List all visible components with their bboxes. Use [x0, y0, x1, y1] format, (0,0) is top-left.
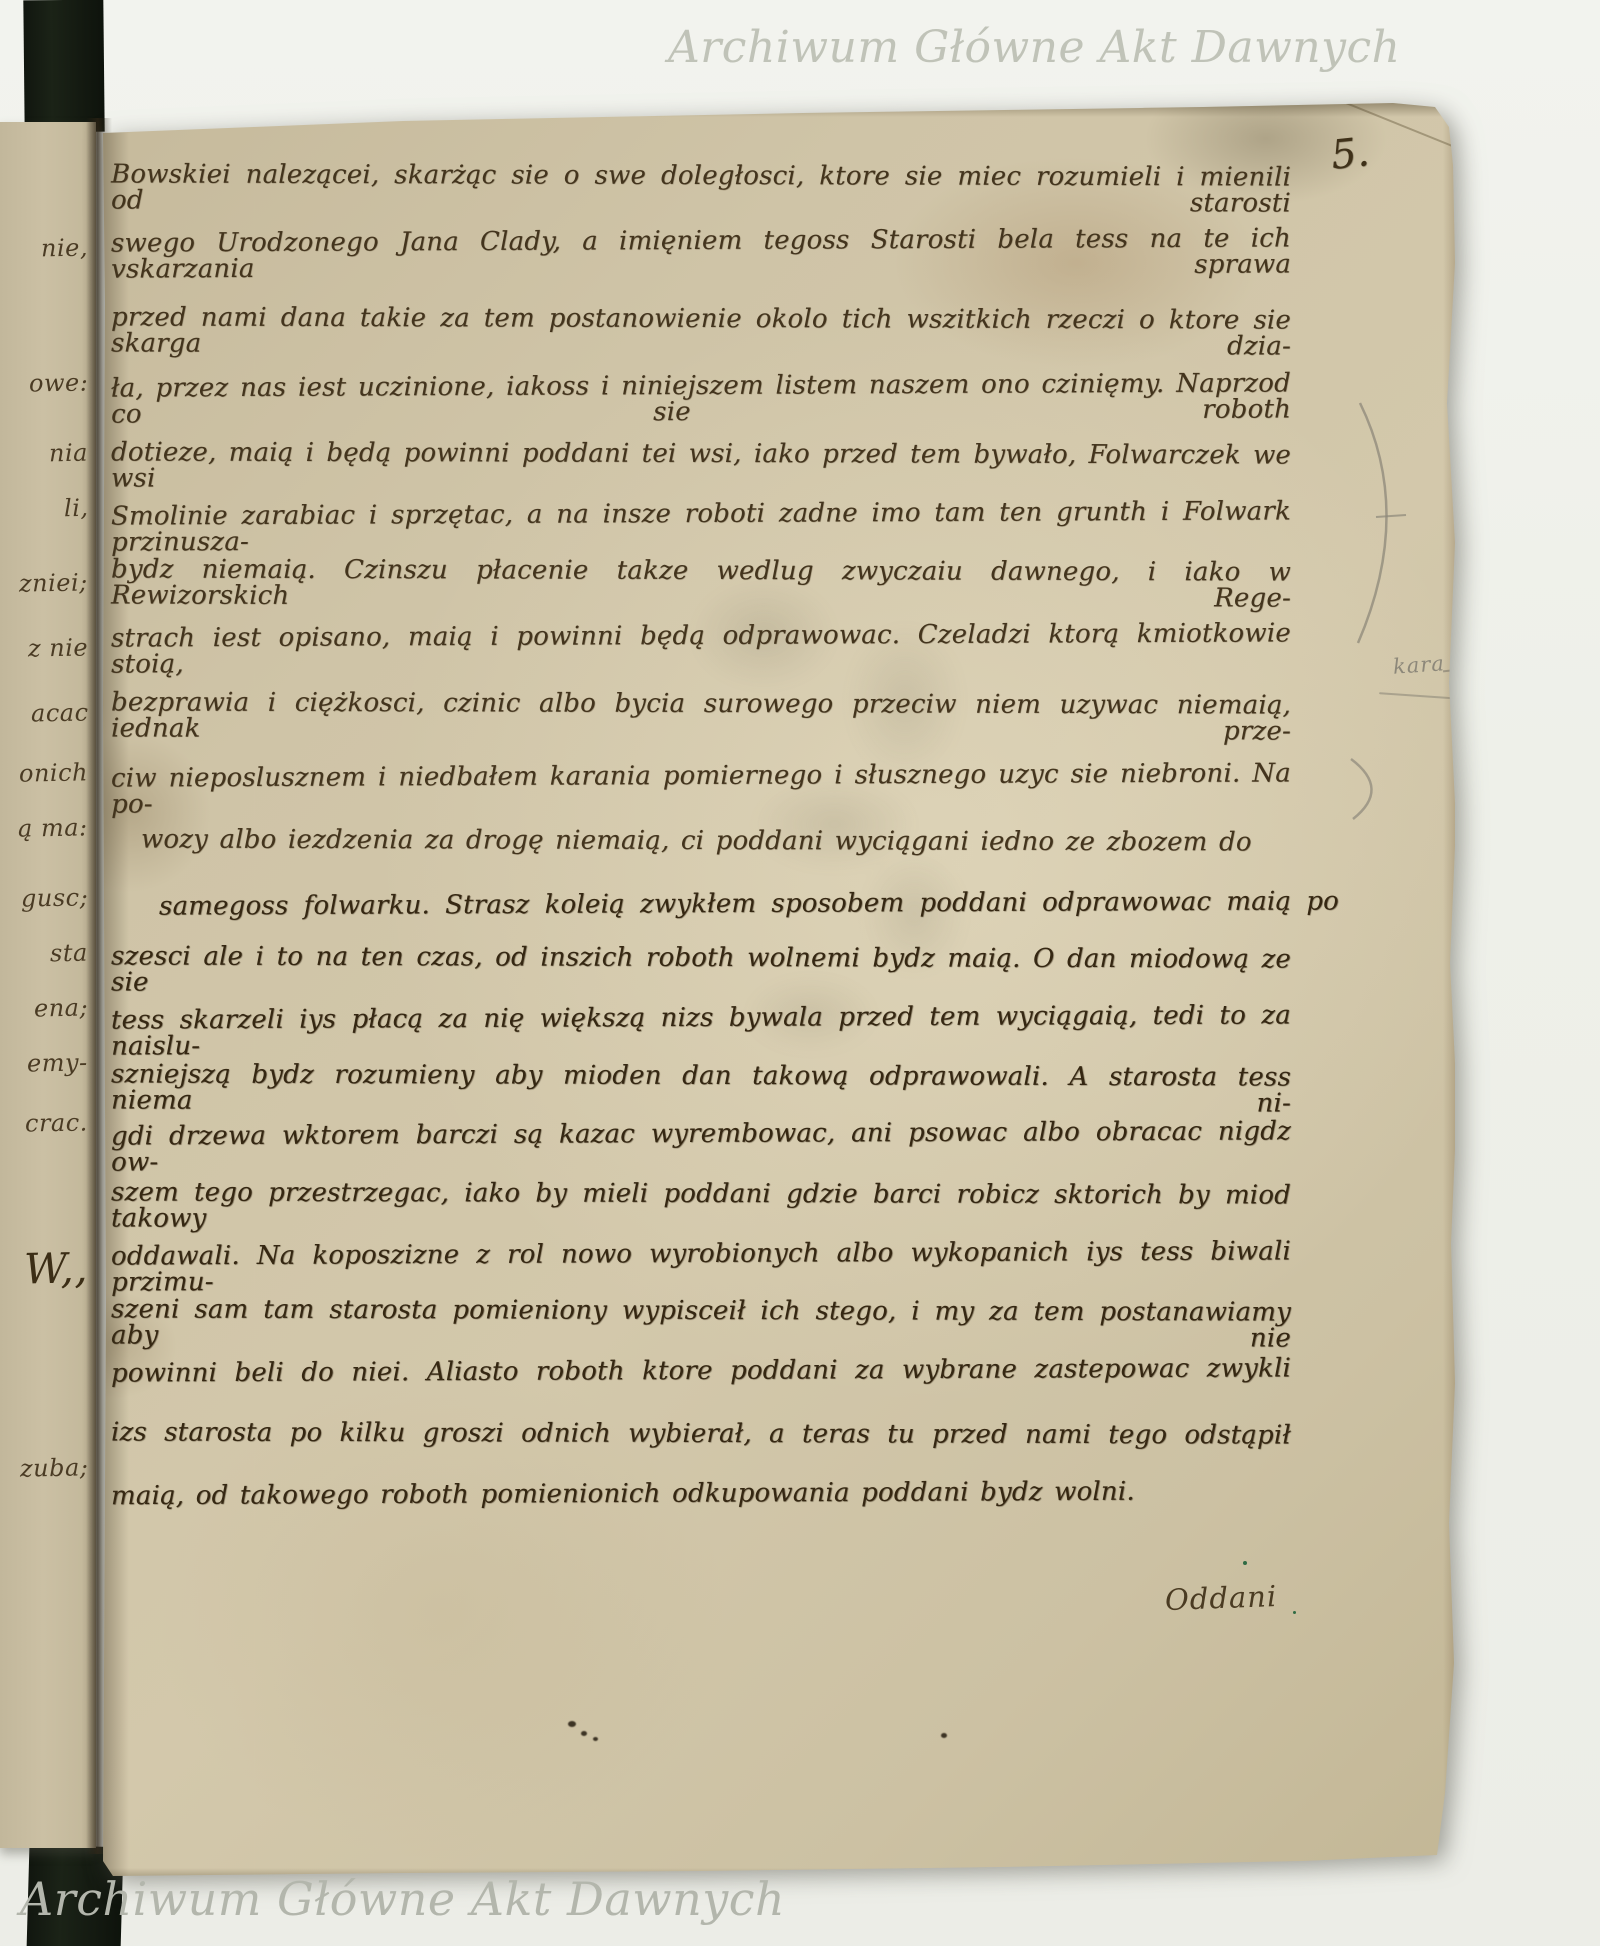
previous-page-text-fragment: zuba; — [19, 1453, 88, 1482]
previous-page-text-fragment: owe: — [28, 368, 88, 397]
manuscript-page: 5. Bowskiei nalezącei, skarżąc sie o swe… — [103, 103, 1455, 1878]
manuscript-line: szesci ale i to na ten czas, od inszich … — [111, 943, 1291, 998]
ink-speck — [593, 1737, 598, 1741]
pencil-margin-note: kara — [1392, 651, 1445, 679]
previous-page-text-fragment: nie, — [41, 234, 88, 263]
manuscript-line: bydz niemaią. Czinszu płacenie takze wed… — [111, 556, 1291, 611]
previous-page-edge: nie,owe:niali,zniei;z nieacaconichą ma:g… — [0, 122, 96, 1848]
manuscript-line: wozy albo iezdzenia za drogę niemaią, ci… — [141, 827, 1252, 856]
previous-page-text-fragment: W,, — [24, 1243, 89, 1293]
pencil-underline — [1379, 692, 1461, 700]
previous-page-text-fragment: ena; — [34, 994, 89, 1023]
previous-page-text-fragment: li, — [63, 494, 88, 522]
previous-page-text-fragment: nia — [49, 439, 88, 468]
ink-speck — [568, 1721, 576, 1727]
green-speck — [1243, 1561, 1247, 1565]
previous-page-text-fragment: crac. — [25, 1108, 88, 1137]
ink-speck — [581, 1731, 587, 1736]
previous-page-text-fragment: onich — [19, 758, 88, 787]
manuscript-line: przed nami dana takie za tem postanowien… — [111, 304, 1291, 359]
manuscript-line: ciw nieposlusznem i niedbałem karania po… — [111, 760, 1291, 817]
manuscript-line: powinni beli do niei. Aliasto roboth kto… — [111, 1355, 1291, 1386]
manuscript-line: samegoss folwarku. Strasz koleią zwykłem… — [159, 888, 1339, 919]
manuscript-line: izs starosta po kilku groszi odnich wybi… — [111, 1419, 1291, 1448]
previous-page-text-fragment: z nie — [28, 633, 89, 662]
previous-page-text-fragment: ą ma: — [18, 813, 88, 842]
manuscript-line: Smolinie zarabiac i sprzętac, a na insze… — [111, 498, 1291, 555]
page-number: 5. — [1329, 129, 1372, 179]
manuscript-line: bezprawia i ciężkosci, czinic albo bycia… — [111, 689, 1291, 744]
manuscript-line: ła, przez nas iest uczinione, iakoss i n… — [111, 370, 1291, 427]
binding-strap-top — [23, 0, 104, 132]
manuscript-line: Bowskiei nalezącei, skarżąc sie o swe do… — [111, 161, 1291, 216]
manuscript-line: szeni sam tam starosta pomieniony wypisc… — [111, 1296, 1291, 1351]
manuscript-line: gdi drzewa wktorem barczi są kazac wyrem… — [111, 1118, 1291, 1175]
scanner-background: nie,owe:niali,zniei;z nieacaconichą ma:g… — [0, 0, 1600, 1946]
manuscript-line: strach iest opisano, maią i powinni będą… — [111, 620, 1291, 677]
manuscript-line: maią, od takowego roboth pomienionich od… — [111, 1479, 1135, 1509]
archive-watermark-top: Archiwum Główne Akt Dawnych — [668, 22, 1400, 73]
green-speck — [1293, 1611, 1296, 1614]
previous-page-text-fragment: emy- — [27, 1048, 88, 1077]
signature: Oddani — [1164, 1579, 1277, 1617]
archive-watermark-bottom: Archiwum Główne Akt Dawnych — [20, 1872, 785, 1926]
manuscript-line: dotieze, maią i będą powinni poddani tei… — [111, 439, 1291, 494]
previous-page-text-fragment: sta — [50, 939, 88, 968]
manuscript-line: tess skarzeli iys płacą za nię większą n… — [111, 1002, 1291, 1059]
manuscript-line: swego Urodzonego Jana Clady, a imięniem … — [111, 225, 1291, 282]
pencil-bracket-mark — [1348, 395, 1428, 655]
pencil-arc-mark — [1343, 753, 1395, 825]
pencil-dash-stroke — [1443, 668, 1469, 673]
manuscript-line: szem tego przestrzegac, iako by mieli po… — [111, 1179, 1291, 1234]
manuscript-line: szniejszą bydz rozumieny aby mioden dan … — [111, 1061, 1291, 1116]
manuscript-line: oddawali. Na koposzizne z rol nowo wyrob… — [111, 1238, 1291, 1295]
previous-page-text-fragment: acac — [30, 699, 88, 728]
ink-speck — [941, 1733, 947, 1738]
previous-page-text-fragment: zniei; — [19, 568, 88, 597]
previous-page-text-fragment: gusc; — [21, 883, 89, 912]
